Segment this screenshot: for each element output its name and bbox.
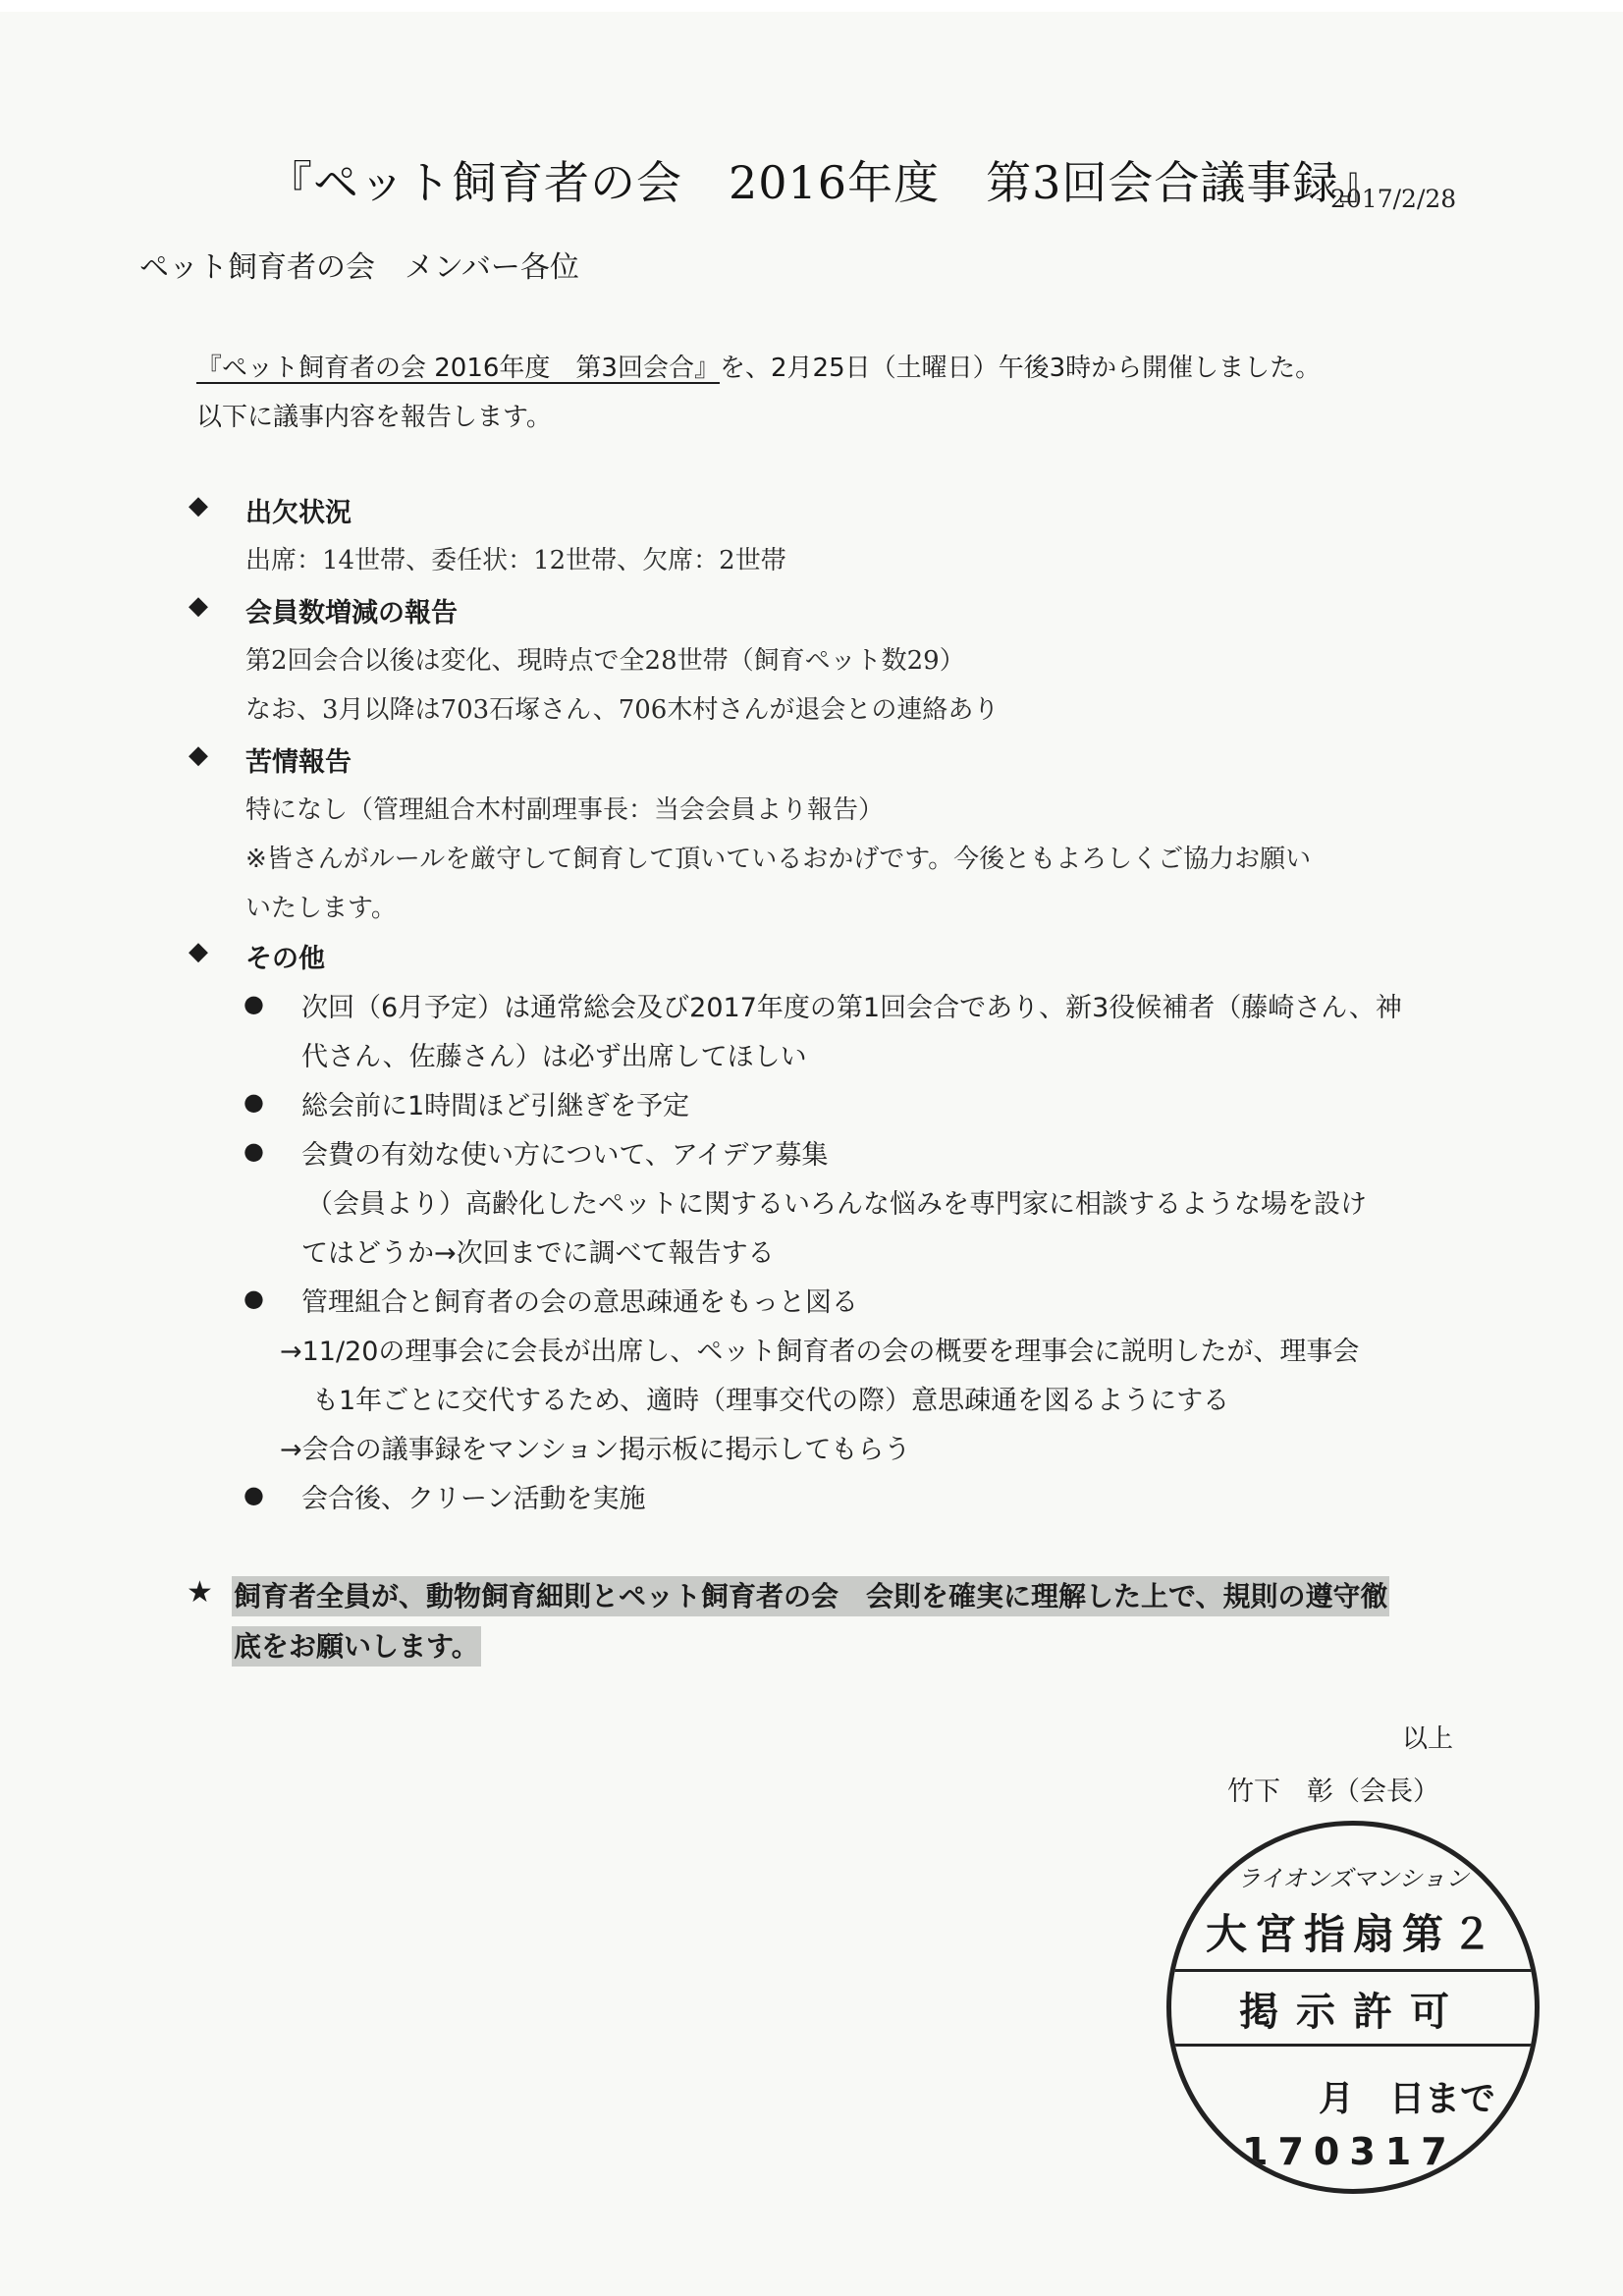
meeting-name-underlined: 『ペット飼育者の会 2016年度 第3回会合』 xyxy=(196,354,720,383)
section-heading-other: その他 xyxy=(245,937,325,975)
salutation: ペット飼育者の会 メンバー各位 xyxy=(139,243,579,286)
intro-line-2: 以下に議事内容を報告します。 xyxy=(196,397,552,433)
section-heading-attendance: 出欠状況 xyxy=(245,491,352,529)
section-line: 出席：14世帯、委任状：12世帯、欠席：2世帯 xyxy=(245,540,786,576)
bullet-icon: ● xyxy=(243,1481,264,1508)
stamp-date-code: 170317 xyxy=(1171,2130,1535,2173)
bullet-line: も1年ごとに交代するため、適時（理事交代の際）意思疎通を図るようにする xyxy=(312,1379,1229,1417)
section-line: 特になし（管理組合木村副理事長：当会会員より報告） xyxy=(245,790,884,826)
bullet-icon: ● xyxy=(243,1088,264,1116)
section-line: ※皆さんがルールを厳守して飼育して頂いているおかげです。今後ともよろしくご協力お… xyxy=(245,839,1311,875)
section-line: 第2回会合以後は変化、現時点で全28世帯（飼育ペット数29） xyxy=(245,640,965,677)
bullet-line: 会費の有効な使い方について、アイデア募集 xyxy=(301,1133,829,1172)
bullet-line: 総会前に1時間ほど引継ぎを予定 xyxy=(301,1084,689,1122)
bullet-line: 次回（6月予定）は通常総会及び2017年度の第1回会合であり、新3役候補者（藤崎… xyxy=(301,986,1402,1024)
bullet-line: （会員より）高齢化したペットに関するいろんな悩みを専門家に相談するような場を設け xyxy=(306,1182,1367,1221)
bullet-icon: ● xyxy=(243,1137,264,1165)
section-heading-membership: 会員数増減の報告 xyxy=(245,591,458,629)
diamond-icon: ◆ xyxy=(189,491,208,520)
notice-line-1: 飼育者全員が、動物飼育細則とペット飼育者の会 会則を確実に理解した上で、規則の遵… xyxy=(232,1575,1389,1614)
stamp-permission: 掲示許可 xyxy=(1171,1981,1535,2037)
bullet-line: てはどうか→次回までに調べて報告する xyxy=(301,1231,775,1270)
section-line: なお、3月以降は703石塚さん、706木村さんが退会との連絡あり xyxy=(245,689,999,726)
highlighted-notice: 飼育者全員が、動物飼育細則とペット飼育者の会 会則を確実に理解した上で、規則の遵… xyxy=(232,1576,1389,1616)
notice-line-2: 底をお願いします。 xyxy=(232,1625,481,1665)
bullet-line: →会合の議事録をマンション掲示板に掲示してもらう xyxy=(280,1428,910,1466)
closing-mark: 以上 xyxy=(1402,1719,1453,1755)
bullet-icon: ● xyxy=(243,1285,264,1312)
highlighted-notice: 底をお願いします。 xyxy=(232,1626,481,1667)
signer-name: 竹下 彰（会長） xyxy=(1227,1770,1439,1808)
section-heading-complaints: 苦情報告 xyxy=(245,740,352,779)
bullet-icon: ● xyxy=(243,990,264,1017)
scanned-page: 『ペット飼育者の会 2016年度 第3回会合議事録』 2017/2/28 ペット… xyxy=(0,12,1623,2296)
document-title: 『ペット飼育者の会 2016年度 第3回会合議事録』 xyxy=(267,147,1384,212)
section-line: いたします。 xyxy=(245,888,397,924)
document-date: 2017/2/28 xyxy=(1330,185,1456,213)
bullet-line: 代さん、佐藤さん）は必ず出席してほしい xyxy=(301,1035,807,1073)
bullet-line: →11/20の理事会に会長が出席し、ペット飼育者の会の概要を理事会に説明したが、… xyxy=(280,1330,1359,1368)
diamond-icon: ◆ xyxy=(189,937,208,966)
stamp-until: 月 日まで xyxy=(1171,2071,1535,2121)
diamond-icon: ◆ xyxy=(189,740,208,770)
intro-line-1: 『ペット飼育者の会 2016年度 第3回会合』を、2月25日（土曜日）午後3時か… xyxy=(196,348,1321,384)
posting-permission-stamp: ライオンズマンション 大宮指扇第２ 掲示許可 月 日まで 170317 xyxy=(1166,1821,1540,2194)
stamp-building: ライオンズマンション xyxy=(1171,1859,1535,1893)
bullet-line: 管理組合と飼育者の会の意思疎通をもっと図る xyxy=(301,1281,858,1319)
stamp-name: 大宮指扇第２ xyxy=(1171,1902,1535,1961)
bullet-line: 会合後、クリーン活動を実施 xyxy=(301,1477,645,1515)
intro-line-1-rest: を、2月25日（土曜日）午後3時から開催しました。 xyxy=(720,354,1321,383)
star-icon: ★ xyxy=(187,1575,213,1610)
diamond-icon: ◆ xyxy=(189,591,208,621)
